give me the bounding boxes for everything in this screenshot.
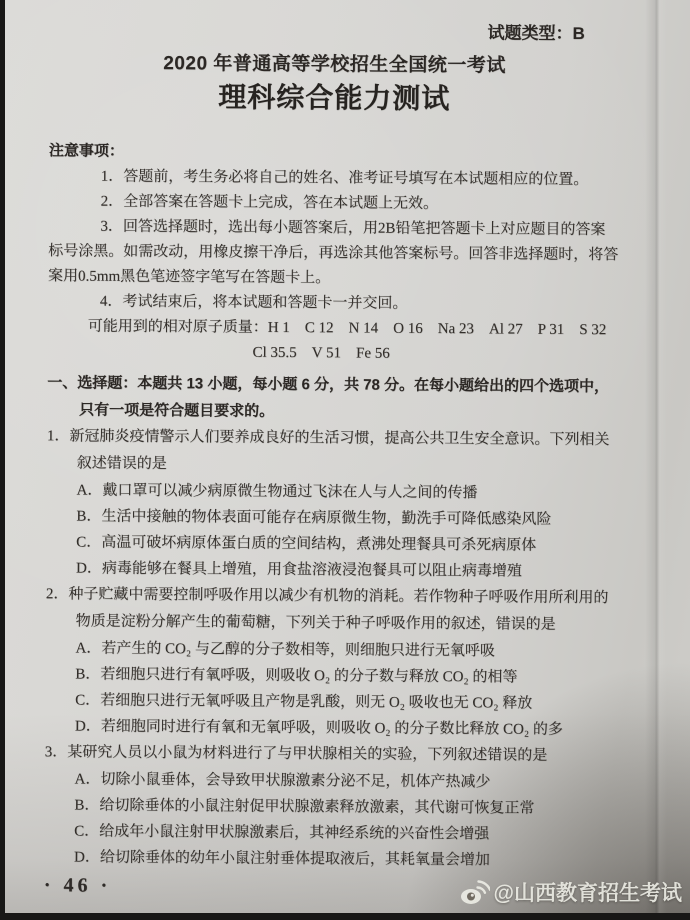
photo-background: 试题类型：B 2020 年普通高等学校招生全国统一考试 理科综合能力测试 注意事…	[0, 0, 690, 920]
atomic-mass-line: 可能用到的相对原子质量：H 1 C 12 N 14 O 16 Na 23 Al …	[48, 314, 618, 343]
question-option: C．若细胞只进行无氧呼吸且产物是乳酸，则无 O₂ 吸收也无 CO₂ 释放	[75, 688, 615, 718]
question-block-2: 2．种子贮藏中需要控制呼吸作用以减少有机物的消耗。若作物种子呼吸作用所利用的物质…	[45, 581, 616, 743]
exam-title-line2: 理科综合能力测试	[49, 78, 619, 118]
exam-type-label: 试题类型：B	[50, 18, 620, 46]
notice-heading: 注意事项：	[49, 138, 619, 168]
weibo-icon	[460, 879, 490, 905]
notice-item: 3．回答选择题时，选出每小题答案后，用2B铅笔把答题卡上对应题目的答案标号涂黑。…	[48, 214, 619, 293]
question-block-1: 1．新冠肺炎疫情警示人们要养成良好的生活习惯，提高公共卫生安全意识。下列相关叙述…	[46, 423, 617, 585]
question-option: B．给切除垂体的小鼠注射促甲状腺激素释放激素，其代谢可恢复正常	[74, 793, 614, 823]
question-option: A．戴口罩可以减少病原微生物通过飞沫在人与人之间的传播	[76, 478, 616, 508]
question-option: B．生活中接触的物体表面可能存在病原微生物，勤洗手可降低感染风险	[76, 504, 616, 534]
watermark: @山西教育招生考试	[460, 877, 682, 907]
question-option: C．高温可破坏病原体蛋白质的空间结构，煮沸处理餐具可杀死病原体	[76, 530, 616, 560]
question-option: B．若细胞只进行有氧呼吸，则吸收 O₂ 的分子数与释放 CO₂ 的相等	[75, 662, 615, 692]
exam-title-line1: 2020 年普通高等学校招生全国统一考试	[49, 50, 619, 80]
notice-section: 注意事项： 1．答题前，考生务必将自己的姓名、准考证号填写在本试题相应的位置。 …	[47, 138, 619, 368]
atomic-mass-line-2: Cl 35.5 V 51 Fe 56	[47, 339, 617, 368]
section-intro: 一、选择题：本题共 13 小题，每小题 6 分，共 78 分。在每小题给出的四个…	[47, 369, 617, 427]
question-stem: 1．新冠肺炎疫情警示人们要养成良好的生活习惯，提高公共卫生安全意识。下列相关叙述…	[47, 423, 617, 481]
question-option: D．病毒能够在餐具上增殖，用食盐溶液浸泡餐具可以阻止病毒增殖	[76, 556, 616, 586]
question-option: A．若产生的 CO₂ 与乙醇的分子数相等，则细胞只进行无氧呼吸	[75, 636, 615, 666]
paper-content: 试题类型：B 2020 年普通高等学校招生全国统一考试 理科综合能力测试 注意事…	[5, 0, 690, 903]
question-option: D．若细胞同时进行有氧和无氧呼吸，则吸收 O₂ 的分子数比释放 CO₂ 的多	[75, 714, 615, 744]
question-stem: 3．某研究人员以小鼠为材料进行了与甲状腺相关的实验，下列叙述错误的是	[45, 739, 615, 770]
question-stem: 2．种子贮藏中需要控制呼吸作用以减少有机物的消耗。若作物种子呼吸作用所利用的物质…	[46, 581, 616, 639]
question-option: C．给成年小鼠注射甲状腺激素后，其神经系统的兴奋性会增强	[74, 819, 614, 849]
watermark-text: @山西教育招生考试	[494, 877, 682, 907]
exam-paper: 试题类型：B 2020 年普通高等学校招生全国统一考试 理科综合能力测试 注意事…	[5, 0, 690, 913]
question-option: A．切除小鼠垂体，会导致甲状腺激素分泌不足，机体产热减少	[74, 767, 614, 797]
question-block-3: 3．某研究人员以小鼠为材料进行了与甲状腺相关的实验，下列叙述错误的是 A．切除小…	[44, 739, 615, 874]
question-option: D．给切除垂体的幼年小鼠注射垂体提取液后，其耗氧量会增加	[74, 845, 614, 875]
